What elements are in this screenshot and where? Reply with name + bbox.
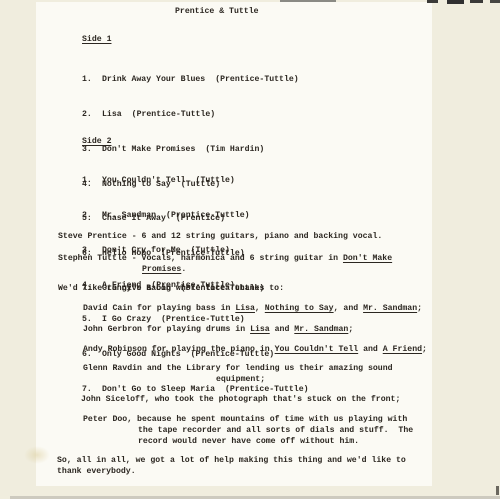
prentice-credit: Steve Prentice - 6 and 12 string guitars…	[58, 231, 382, 243]
tuttle-credit-text: Stephen Tuttle - Vocals, harmonica and 6…	[58, 254, 343, 263]
closing-line2: thank everybody.	[57, 466, 136, 478]
ink-smudge	[280, 0, 336, 2]
thanks-text: , and	[334, 304, 363, 313]
ink-smudge	[470, 0, 483, 3]
track-number: 2.	[82, 210, 102, 222]
track-title: Drink Away Your Blues	[102, 74, 205, 86]
thanks-peter-doo-line2: the tape recorder and all sorts of dials…	[138, 425, 413, 437]
thanks-text: ;	[417, 304, 422, 313]
thanks-text: ,	[255, 304, 265, 313]
thanks-text: and	[358, 345, 383, 354]
thanks-text: and	[270, 325, 295, 334]
track-title: Lisa	[102, 109, 122, 121]
thanks-john-gerbron: John Gerbron for playing drums in Lisa a…	[83, 324, 353, 336]
track-credit: (Prentice-Tuttle)	[166, 210, 250, 222]
song-ref-a-friend: A Friend	[383, 345, 422, 354]
song-ref-dont-make: Don't Make	[343, 254, 392, 263]
closing-line1: So, all in all, we got a lot of help mak…	[57, 455, 406, 467]
thanks-peter-doo-line3: record would never have come off without…	[138, 436, 359, 448]
ink-smudge	[427, 0, 438, 3]
track-title: Mr. Sandman	[102, 210, 156, 222]
tuttle-credit-line2: Promises.	[142, 264, 186, 276]
track-credit: (Prentice-Tuttle)	[132, 109, 216, 121]
thanks-text: Andy Robinson for playing the piano in	[83, 345, 275, 354]
thanks-text: John Gerbron for playing drums in	[83, 325, 250, 334]
track-number: 2.	[82, 109, 102, 121]
song-ref-promises: Promises	[142, 265, 181, 274]
side-2-heading: Side 2	[82, 136, 111, 148]
side-2-heading-label: Side 2	[82, 137, 111, 146]
song-ref-nothing-to-say: Nothing to Say	[265, 304, 334, 313]
album-back-cover: Prentice & Tuttle Side 1 1.Drink Away Yo…	[0, 0, 500, 499]
thanks-andy-robinson: Andy Robinson for playing the piano in Y…	[83, 344, 427, 356]
track-number: 1.	[82, 74, 102, 86]
track-number: 1.	[82, 175, 102, 187]
thanks-text: ;	[422, 345, 427, 354]
track-credit: (Prentice-Tuttle)	[215, 74, 299, 86]
thanks-peter-doo-line1: Peter Doo, because he spent mountains of…	[83, 414, 407, 426]
thanks-david-cain: David Cain for playing bass in Lisa, Not…	[83, 303, 422, 315]
ink-mark	[496, 486, 499, 495]
track-row: 1.Drink Away Your Blues(Prentice-Tuttle)	[82, 74, 299, 86]
side-1-heading: Side 1	[82, 34, 111, 46]
track-credit: (Tuttle)	[196, 175, 235, 187]
thanks-text: David Cain for playing bass in	[83, 304, 235, 313]
song-ref-mr-sandman: Mr. Sandman	[363, 304, 417, 313]
song-ref-lisa: Lisa	[235, 304, 255, 313]
thanks-glenn-ravdin-line1: Glenn Ravdin and the Library for lending…	[83, 363, 393, 375]
thanks-intro: We'd like to give a big whole lotta than…	[58, 283, 284, 295]
track-row: 2.Lisa(Prentice-Tuttle)	[82, 109, 299, 121]
thanks-glenn-ravdin-line2: equipment;	[216, 374, 265, 386]
song-ref-mr-sandman: Mr. Sandman	[294, 325, 348, 334]
song-ref-lisa: Lisa	[250, 325, 270, 334]
tuttle-credit-period: .	[181, 265, 186, 274]
paper-stain	[24, 446, 50, 464]
song-ref-you-couldnt-tell: You Couldn't Tell	[275, 345, 359, 354]
page-title: Prentice & Tuttle	[175, 6, 259, 18]
ink-smudge	[447, 0, 464, 4]
side-1-heading-label: Side 1	[82, 35, 111, 44]
tuttle-credit-line1: Stephen Tuttle - Vocals, harmonica and 6…	[58, 253, 392, 265]
track-title: You Couldn't Tell	[102, 175, 186, 187]
thanks-john-siceloff: John Siceloff, who took the photograph t…	[81, 394, 400, 406]
track-row: 2.Mr. Sandman(Prentice-Tuttle)	[82, 210, 309, 222]
thanks-text: ;	[348, 325, 353, 334]
track-row: 1.You Couldn't Tell(Tuttle)	[82, 175, 309, 187]
ink-smudge	[490, 0, 500, 3]
